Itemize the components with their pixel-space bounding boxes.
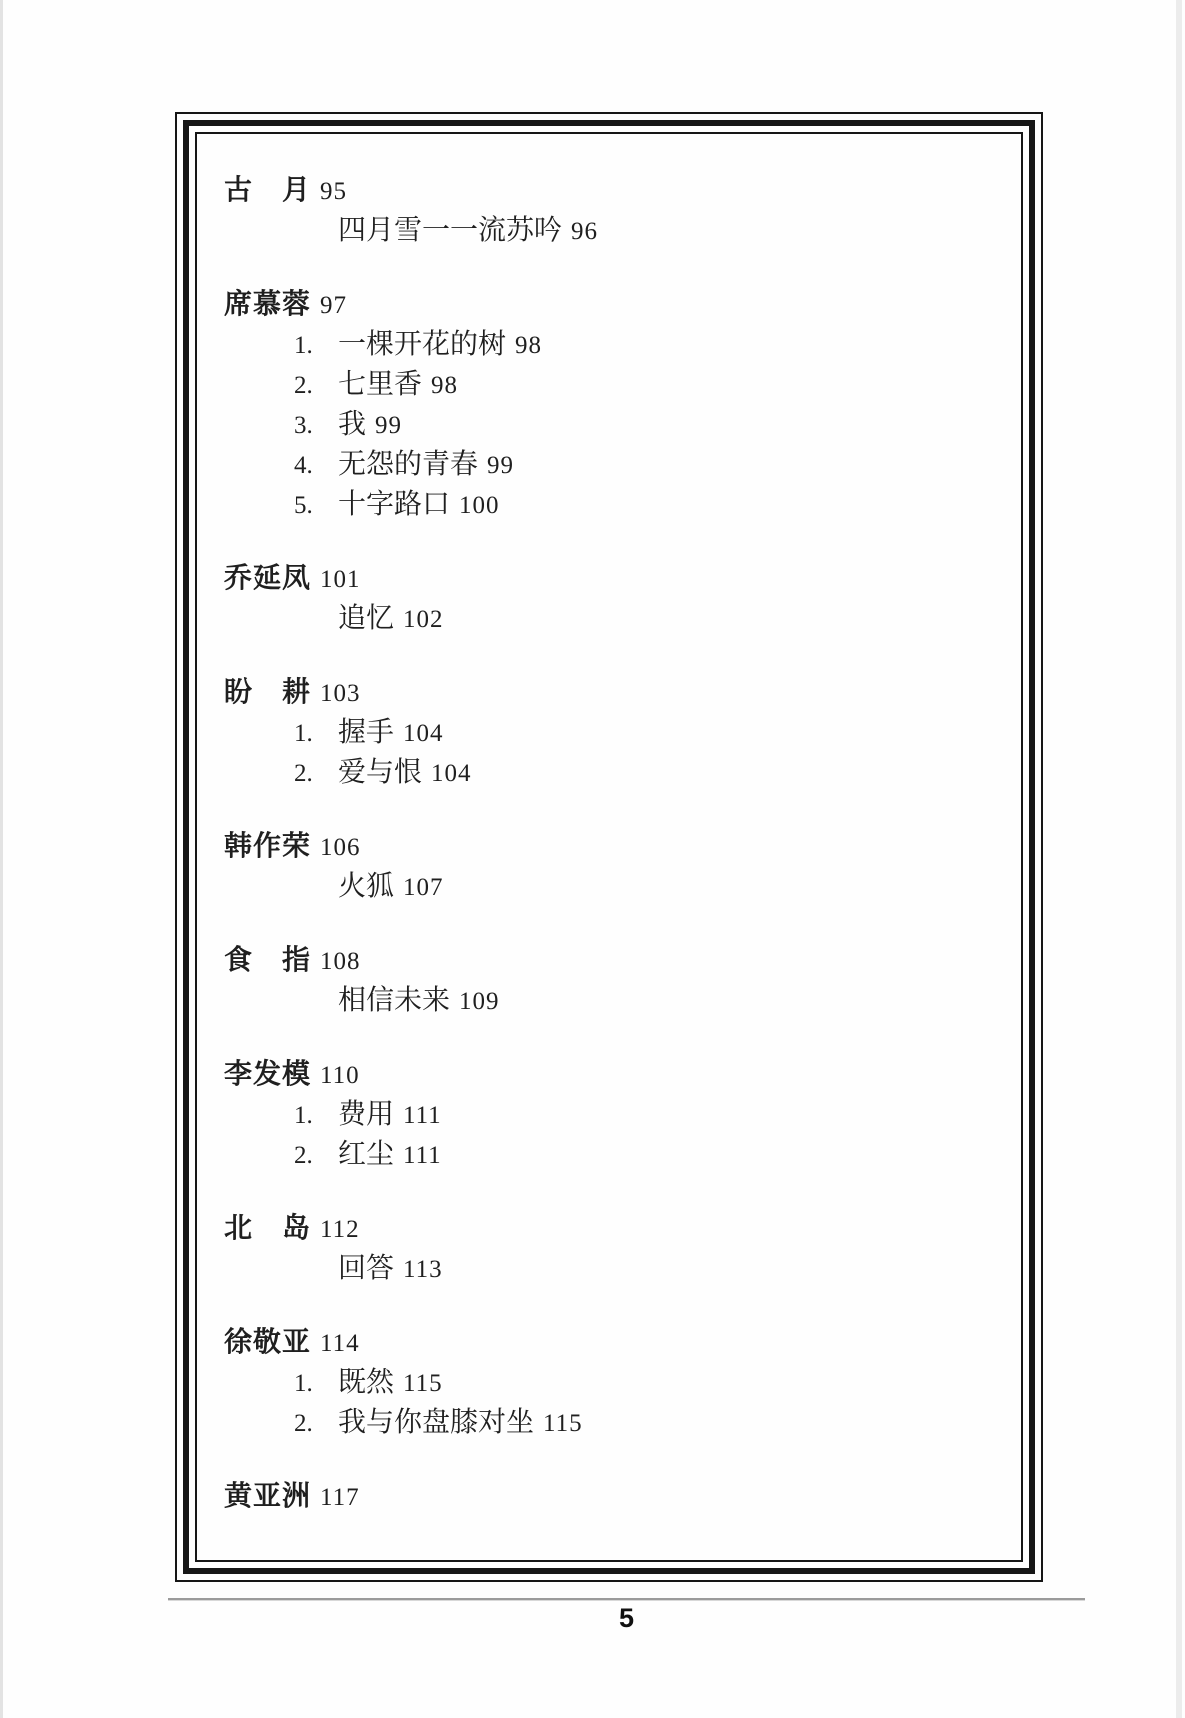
author-page-number: 117 xyxy=(320,1484,360,1511)
toc-section: 徐敬亚1141.既然1152.我与你盘膝对坐115 xyxy=(224,1323,1003,1443)
toc-section: 盼 耕1031.握手1042.爱与恨104 xyxy=(224,673,1003,793)
author-page-number: 110 xyxy=(320,1062,360,1089)
poem-line: 2.我与你盘膝对坐115 xyxy=(224,1403,1003,1443)
page-frame-thick-line: 古 月95四月雪一一流苏吟96席慕蓉971.一棵开花的树982.七里香983.我… xyxy=(183,120,1035,1574)
poem-page-number: 98 xyxy=(515,332,542,359)
toc-section: 食 指108相信未来109 xyxy=(224,941,1003,1021)
author-page-number: 97 xyxy=(320,292,347,319)
poem-title: 红尘 xyxy=(338,1139,394,1170)
toc-section: 乔延凤101追忆102 xyxy=(224,559,1003,639)
poem-title: 追忆 xyxy=(338,603,394,634)
author-line: 韩作荣106 xyxy=(224,827,1003,867)
author-name: 韩作荣 xyxy=(224,831,311,862)
poem-title: 爱与恨 xyxy=(338,757,422,788)
author-line: 黄亚洲117 xyxy=(224,1477,1003,1517)
poem-number: 1. xyxy=(294,714,338,754)
poem-page-number: 99 xyxy=(375,412,402,439)
poem-page-number: 109 xyxy=(459,988,500,1015)
author-name: 盼 耕 xyxy=(224,677,311,708)
poem-page-number: 102 xyxy=(403,606,444,633)
poem-number: 1. xyxy=(294,1096,338,1136)
poem-page-number: 98 xyxy=(431,372,458,399)
author-page-number: 106 xyxy=(320,834,361,861)
poem-number: 4. xyxy=(294,446,338,486)
poem-page-number: 96 xyxy=(571,218,598,245)
poem-title: 费用 xyxy=(338,1099,394,1130)
page-right-edge xyxy=(1176,0,1182,1718)
poem-title: 一棵开花的树 xyxy=(338,329,506,360)
poem-line: 相信未来109 xyxy=(224,981,1003,1021)
toc-section: 席慕蓉971.一棵开花的树982.七里香983.我994.无怨的青春995.十字… xyxy=(224,285,1003,525)
author-line: 席慕蓉97 xyxy=(224,285,1003,325)
poem-title: 无怨的青春 xyxy=(338,449,478,480)
poem-page-number: 100 xyxy=(459,492,500,519)
author-name: 李发模 xyxy=(224,1059,311,1090)
author-name: 乔延凤 xyxy=(224,563,311,594)
author-line: 食 指108 xyxy=(224,941,1003,981)
poem-number: 2. xyxy=(294,366,338,406)
poem-title: 我 xyxy=(338,409,366,440)
author-line: 乔延凤101 xyxy=(224,559,1003,599)
poem-title: 十字路口 xyxy=(338,489,450,520)
poem-line: 4.无怨的青春99 xyxy=(224,445,1003,485)
poem-page-number: 107 xyxy=(403,874,444,901)
poem-number: 1. xyxy=(294,326,338,366)
poem-number: 2. xyxy=(294,754,338,794)
author-name: 北 岛 xyxy=(224,1213,311,1244)
poem-title: 七里香 xyxy=(338,369,422,400)
author-name: 席慕蓉 xyxy=(224,289,311,320)
poem-title: 我与你盘膝对坐 xyxy=(338,1407,534,1438)
toc-section: 韩作荣106火狐107 xyxy=(224,827,1003,907)
poem-line: 1.握手104 xyxy=(224,713,1003,753)
poem-number: 5. xyxy=(294,486,338,526)
author-name: 黄亚洲 xyxy=(224,1481,311,1512)
author-line: 古 月95 xyxy=(224,171,1003,211)
toc-section: 古 月95四月雪一一流苏吟96 xyxy=(224,171,1003,251)
poem-line: 火狐107 xyxy=(224,867,1003,907)
poem-line: 1.既然115 xyxy=(224,1363,1003,1403)
poem-page-number: 113 xyxy=(403,1256,443,1283)
poem-line: 1.费用111 xyxy=(224,1095,1003,1135)
poem-title: 四月雪一一流苏吟 xyxy=(338,215,562,246)
page-frame: 古 月95四月雪一一流苏吟96席慕蓉971.一棵开花的树982.七里香983.我… xyxy=(175,112,1043,1582)
poem-page-number: 111 xyxy=(403,1142,442,1169)
poem-line: 2.红尘111 xyxy=(224,1135,1003,1175)
author-name: 古 月 xyxy=(224,175,311,206)
poem-number: 2. xyxy=(294,1136,338,1176)
poem-line: 2.七里香98 xyxy=(224,365,1003,405)
toc-list: 古 月95四月雪一一流苏吟96席慕蓉971.一棵开花的树982.七里香983.我… xyxy=(195,132,1023,1562)
page-footer: 5 xyxy=(168,1603,1085,1634)
footer-divider xyxy=(168,1598,1085,1601)
poem-page-number: 115 xyxy=(403,1370,443,1397)
poem-line: 回答113 xyxy=(224,1249,1003,1289)
poem-number: 3. xyxy=(294,406,338,446)
footer-page-number: 5 xyxy=(619,1603,634,1633)
poem-line: 追忆102 xyxy=(224,599,1003,639)
poem-line: 3.我99 xyxy=(224,405,1003,445)
poem-page-number: 111 xyxy=(403,1102,442,1129)
author-line: 徐敬亚114 xyxy=(224,1323,1003,1363)
poem-number: 2. xyxy=(294,1404,338,1444)
poem-page-number: 99 xyxy=(487,452,514,479)
author-name: 徐敬亚 xyxy=(224,1327,311,1358)
page-left-edge xyxy=(0,0,3,1718)
author-page-number: 112 xyxy=(320,1216,360,1243)
author-page-number: 108 xyxy=(320,948,361,975)
poem-title: 相信未来 xyxy=(338,985,450,1016)
author-page-number: 101 xyxy=(320,566,361,593)
author-page-number: 114 xyxy=(320,1330,360,1357)
toc-section: 李发模1101.费用1112.红尘111 xyxy=(224,1055,1003,1175)
poem-title: 火狐 xyxy=(338,871,394,902)
author-line: 北 岛112 xyxy=(224,1209,1003,1249)
poem-line: 5.十字路口100 xyxy=(224,485,1003,525)
poem-title: 回答 xyxy=(338,1253,394,1284)
author-page-number: 103 xyxy=(320,680,361,707)
poem-line: 2.爱与恨104 xyxy=(224,753,1003,793)
poem-page-number: 104 xyxy=(431,760,472,787)
author-line: 李发模110 xyxy=(224,1055,1003,1095)
poem-title: 既然 xyxy=(338,1367,394,1398)
poem-page-number: 115 xyxy=(543,1410,583,1437)
poem-number: 1. xyxy=(294,1364,338,1404)
poem-page-number: 104 xyxy=(403,720,444,747)
author-line: 盼 耕103 xyxy=(224,673,1003,713)
toc-section: 北 岛112回答113 xyxy=(224,1209,1003,1289)
author-name: 食 指 xyxy=(224,945,311,976)
poem-title: 握手 xyxy=(338,717,394,748)
poem-line: 四月雪一一流苏吟96 xyxy=(224,211,1003,251)
author-page-number: 95 xyxy=(320,178,347,205)
poem-line: 1.一棵开花的树98 xyxy=(224,325,1003,365)
toc-section: 黄亚洲117 xyxy=(224,1477,1003,1517)
